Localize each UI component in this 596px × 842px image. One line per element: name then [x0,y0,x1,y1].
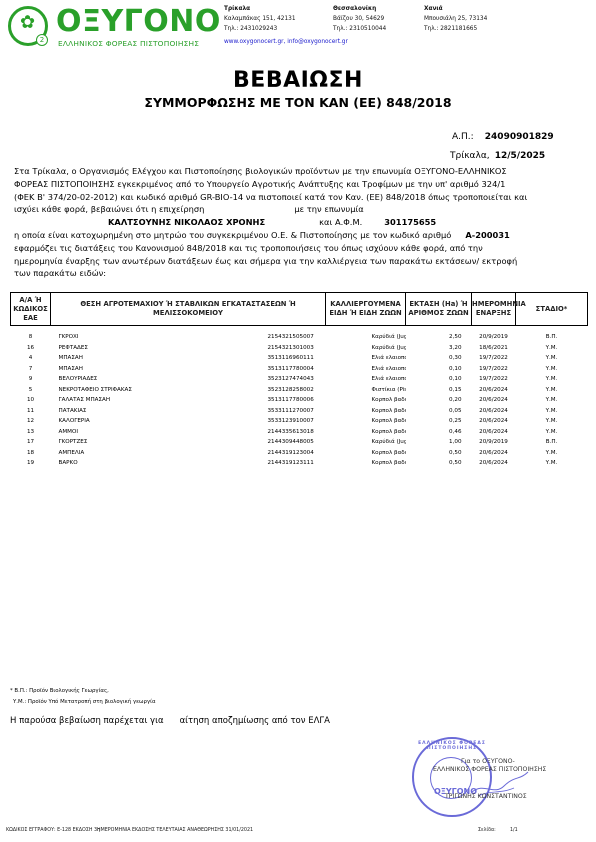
cell-parcel-code: 3513116960111 [196,353,326,364]
table-row: 9ΒΕΛΟΥΡΙΑΔΕΣ3523127474043Ελιά ελαιοπαραγ… [11,374,588,385]
cell-aa: 18 [11,448,51,459]
reference-value: 24090901829 [485,132,554,142]
cell-area: 0,15 [406,385,472,396]
cell-area: 0,10 [406,364,472,375]
cell-area: 0,10 [406,374,472,385]
paragraph-line: ημερομηνία έναρξης των ανωτέρων διατάξεω… [14,255,584,268]
cell-stage: Υ.Μ. [516,353,588,364]
reference-label: Α.Π.: [452,132,474,142]
cell-species: Καρύδιά (Juglans regia) [326,437,406,448]
header-species: ΚΑΛΛΙΕΡΓΟΥΜΕΝΑ ΕΙΔΗ Ή ΕΙΔΗ ΖΩΩΝ [326,293,406,326]
office-city: Τρίκαλα [224,4,296,14]
cell-stage: Υ.Μ. [516,416,588,427]
office-chania: Χανιά Μπουσιάλη 25, 73134 Τηλ.: 28211816… [424,4,487,34]
cell-start-date: 20/6/2024 [472,427,516,438]
office-phone: Τηλ.: 2431029243 [224,24,296,34]
paragraph-line: εφαρμόζει τις διατάξεις του Κανονισμού 8… [14,242,584,255]
cell-species: Κορπολ βαδο [326,416,406,427]
cell-species: Φιστίκια (Pistacia vera) [326,385,406,396]
cell-species: Ελιά ελαιοπαραγωγής (Olea Europea) [326,364,406,375]
company-line: ΚΑΛΤΣΟΥΝΗΣ ΝΙΚΟΛΑΟΣ ΧΡΟΝΗΣκαι Α.Φ.Μ.3011… [14,216,584,229]
cell-species: Ελιά ελαιοπαραγωγής (Olea Europea) [326,353,406,364]
table-row: 4ΜΠΑΣΑΗ3513116960111Ελιά ελαιοπαραγωγής … [11,353,588,364]
cell-start-date: 20/9/2019 [472,437,516,448]
date: 12/5/2025 [495,151,545,161]
cell-stage: Β.Π. [516,326,588,343]
table-row: 17ΓΚΟΡΤΖΕΣ2144309448005Καρύδιά (Juglans … [11,437,588,448]
cell-aa: 19 [11,458,51,469]
office-city: Θεσσαλονίκη [333,4,386,14]
cell-aa: 5 [11,385,51,396]
company-name: ΚΑΛΤΣΟΥΝΗΣ ΝΙΚΟΛΑΟΣ ΧΡΟΝΗΣ [108,217,265,227]
cell-species: Κορπολ βαδο [326,427,406,438]
table-row: 5ΝΕΚΡΟΤΑΦΕΙΟ ΣΤΡΙΦΑΚΑΣ3523128258002Φιστί… [11,385,588,396]
purpose-value: αίτηση αποζημίωσης από τον ΕΛΓΑ [180,716,330,726]
cell-stage: Υ.Μ. [516,395,588,406]
cell-start-date: 19/7/2022 [472,353,516,364]
table-row: 7ΜΠΑΣΑΗ3513117780004Ελιά ελαιοπαραγωγής … [11,364,588,375]
table-row: 12ΚΑΛΟΓΕΡΙΑ3533123910007Κορπολ βαδο0,252… [11,416,588,427]
cell-start-date: 20/6/2024 [472,448,516,459]
cell-aa: 4 [11,353,51,364]
signatory-name: ΤΡΙΓΩΝΗΣ ΚΩΝΣΤΑΝΤΙΝΟΣ [445,792,527,801]
cell-parcel-code: 2154321505007 [196,326,326,343]
header-location: ΘΕΣΗ ΑΓΡΟΤΕΜΑΧΙΟΥ Ή ΣΤΑΒΛΙΚΩΝ ΕΓΚΑΤΑΣΤΑΣ… [51,293,326,326]
logo-title: ΟΞΥΓΟΝΟ [56,6,221,38]
cell-parcel-code: 3513117780006 [196,395,326,406]
cell-location: ΓΑΛΑΤΑΣ ΜΠΑΣΑΗ [51,395,196,406]
cell-parcel-code: 3533111270007 [196,406,326,417]
office-address: Καλαμπάκας 151, 42131 [224,14,296,24]
purpose-statement: Η παρούσα βεβαίωση παρέχεται γιααίτηση α… [10,716,330,726]
paragraph-line: ΦΟΡΕΑΣ ΠΙΣΤΟΠΟΙΗΣΗΣ εγκεκριμένος από το … [14,178,584,191]
cell-parcel-code: 3523127474043 [196,374,326,385]
cell-stage: Υ.Μ. [516,458,588,469]
footer-page-label: Σελίδα: [478,828,496,833]
table-row: 18ΑΜΠΕΛΙΑ2144319123004Κορπολ βαδο0,5020/… [11,448,588,459]
office-phone: Τηλ.: 2310510044 [333,24,386,34]
table-row: 19ΒΑΡΚΟ2144319123111Κορπολ βαδο0,5020/6/… [11,458,588,469]
stage-legend: * Β.Π.: Προϊόν Βιολογικής Γεωργίας, Υ.Μ.… [10,686,156,708]
cell-location: ΡΕΦΤΑΔΕΣ [51,343,196,354]
cell-start-date: 18/6/2021 [472,343,516,354]
office-phone: Τηλ.: 2821181665 [424,24,487,34]
cell-location: ΓΚΟΡΤΖΕΣ [51,437,196,448]
reference-number: Α.Π.: 24090901829 [452,124,554,143]
footer-revision: ΗΜΕΡΟΜΗΝΙΑ ΕΚΔΟΣΗΣ ΤΕΛΕΥΤΑΙΑΣ ΑΝΑΘΕΩΡΗΣΗ… [97,828,253,833]
place: Τρίκαλα, [450,151,490,161]
afm-value: 301175655 [384,217,436,227]
company-logo: ✿ 2 ΟΞΥΓΟΝΟ ΕΛΛΗΝΙΚΟΣ ΦΟΡΕΑΣ ΠΙΣΤΟΠΟΙΗΣΗ… [8,6,218,52]
table-row: 13ΑΜΜΟΙ2144335613018Κορπολ βαδο0,4620/6/… [11,427,588,438]
cell-aa: 12 [11,416,51,427]
website-email-link[interactable]: www.oxygonocert.gr, info@oxygonocert.gr [224,39,348,45]
table-row: 16ΡΕΦΤΑΔΕΣ2154321301003Καρύδιά (Juglans … [11,343,588,354]
cell-stage: Υ.Μ. [516,343,588,354]
cell-start-date: 20/6/2024 [472,416,516,427]
cell-parcel-code: 3523128258002 [196,385,326,396]
legend-bp: * Β.Π.: Προϊόν Βιολογικής Γεωργίας, [10,686,156,697]
cell-stage: Υ.Μ. [516,364,588,375]
cell-area: 0,20 [406,395,472,406]
office-thessaloniki: Θεσσαλονίκη Βάϊζου 30, 54629 Τηλ.: 23105… [333,4,386,34]
cell-start-date: 20/6/2024 [472,458,516,469]
header-aa: Α/Α Ή ΚΩΔΙΚΟΣ ΕΑΕ [11,293,51,326]
cell-stage: Υ.Μ. [516,448,588,459]
cell-aa: 10 [11,395,51,406]
cell-aa: 17 [11,437,51,448]
table-row: 11ΠΑΤΑΚΙΑΣ3533111270007Κορπολ βαδο0,0520… [11,406,588,417]
cell-species: Κορπολ βαδο [326,458,406,469]
cell-parcel-code: 3513117780004 [196,364,326,375]
cell-location: ΒΑΡΚΟ [51,458,196,469]
office-city: Χανιά [424,4,487,14]
cell-start-date: 20/6/2024 [472,406,516,417]
office-address: Μπουσιάλη 25, 73134 [424,14,487,24]
cell-start-date: 19/7/2022 [472,364,516,375]
cell-parcel-code: 2144319123111 [196,458,326,469]
cell-parcel-code: 3533123910007 [196,416,326,427]
cell-area: 0,50 [406,458,472,469]
cell-area: 3,20 [406,343,472,354]
footer-doc-code: ΚΩΔΙΚΟΣ ΕΓΓΡΑΦΟΥ: Ε-128 ΕΚΔΟΣΗ 3η [6,828,100,833]
header-stage: ΣΤΑΔΙΟ* [516,293,588,326]
paragraph-line: ισχύει κάθε φορά, βεβαιώνει ότι η επιχεί… [14,203,584,216]
cell-parcel-code: 2154321301003 [196,343,326,354]
cell-area: 0,25 [406,416,472,427]
footer-page-number: 1/1 [510,828,518,833]
cell-location: ΠΑΤΑΚΙΑΣ [51,406,196,417]
cell-aa: 16 [11,343,51,354]
legend-ym: Υ.Μ.: Προϊόν Υπό Μετατροπή στη βιολογική… [10,697,156,708]
cell-location: ΑΜΜΟΙ [51,427,196,438]
cell-stage: Υ.Μ. [516,385,588,396]
cell-start-date: 20/6/2024 [472,395,516,406]
cell-start-date: 19/7/2022 [472,374,516,385]
cell-parcel-code: 2144319123004 [196,448,326,459]
cell-location: ΚΑΛΟΓΕΡΙΑ [51,416,196,427]
certificate-paragraph: Στα Τρίκαλα, ο Οργανισμός Ελέγχου και Πι… [14,165,584,280]
cell-area: 2,50 [406,326,472,343]
signature-line2: ΕΛΛΗΝΙΚΟΣ ΦΟΡΕΑΣ ΠΙΣΤΟΠΟΙΗΣΗΣ [433,765,546,774]
cell-location: ΝΕΚΡΟΤΑΦΕΙΟ ΣΤΡΙΦΑΚΑΣ [51,385,196,396]
header-start-date: ΗΜΕΡΟΜΗΝΙΑ ΕΝΑΡΞΗΣ [472,293,516,326]
paragraph-line: των παρακάτω ειδών: [14,267,584,280]
cell-parcel-code: 2144335613018 [196,427,326,438]
cell-stage: Υ.Μ. [516,406,588,417]
tree-leaf-icon: ✿ [20,14,35,32]
afm-label: και Α.Φ.Μ. [319,217,362,227]
purpose-prefix: Η παρούσα βεβαίωση παρέχεται για [10,716,164,726]
cell-species: Κορπολ βαδο [326,395,406,406]
cell-species: Κορπολ βαδο [326,406,406,417]
cell-stage: Υ.Μ. [516,427,588,438]
cell-start-date: 20/6/2024 [472,385,516,396]
table-row: 8ΓΚΡΟΧΙ2154321505007Καρύδιά (Juglans reg… [11,326,588,343]
office-address: Βάϊζου 30, 54629 [333,14,386,24]
producer-code: Α-200031 [465,230,510,240]
table-row: 10ΓΑΛΑΤΑΣ ΜΠΑΣΑΗ3513117780006Κορπολ βαδο… [11,395,588,406]
cell-area: 0,46 [406,427,472,438]
cell-stage: Υ.Μ. [516,374,588,385]
cell-area: 0,05 [406,406,472,417]
cell-start-date: 20/9/2019 [472,326,516,343]
cell-aa: 7 [11,364,51,375]
cell-aa: 13 [11,427,51,438]
document-subtitle: ΣΥΜΜΟΡΦΩΣΗΣ ΜΕ ΤΟΝ ΚΑΝ (ΕΕ) 848/2018 [0,95,596,110]
office-trikala: Τρίκαλα Καλαμπάκας 151, 42131 Τηλ.: 2431… [224,4,296,34]
paragraph-text: ισχύει κάθε φορά, βεβαιώνει ότι η επιχεί… [14,204,204,214]
cell-aa: 8 [11,326,51,343]
paragraph-line: Στα Τρίκαλα, ο Οργανισμός Ελέγχου και Πι… [14,165,584,178]
document-title: ΒΕΒΑΙΩΣΗ [0,68,596,93]
cell-location: ΓΚΡΟΧΙ [51,326,196,343]
cell-species: Καρύδιά (Juglans regia) [326,326,406,343]
cell-location: ΜΠΑΣΑΗ [51,364,196,375]
paragraph-line: η οποία είναι κατοχωρημένη στο μητρώο το… [14,229,584,242]
paragraph-text: η οποία είναι κατοχωρημένη στο μητρώο το… [14,230,451,240]
cell-area: 0,30 [406,353,472,364]
paragraph-text: με την επωνυμία [294,204,363,214]
stamp-ring-text: ΕΛΛΗΝΙΚΟΣ ΦΟΡΕΑΣ ΠΙΣΤΟΠΟΙΗΣΗΣ [414,741,490,751]
cell-location: ΑΜΠΕΛΙΑ [51,448,196,459]
cell-stage: Β.Π. [516,437,588,448]
cell-aa: 11 [11,406,51,417]
cell-species: Καρύδιά (Juglans regia) [326,343,406,354]
cell-parcel-code: 2144309448005 [196,437,326,448]
paragraph-line: (ΦΕΚ Β' 374/20-02-2012) και κωδικό αριθμ… [14,191,584,204]
logo-badge: 2 [36,34,48,46]
cell-species: Κορπολ βαδο [326,448,406,459]
parcels-table: Α/Α Ή ΚΩΔΙΚΟΣ ΕΑΕ ΘΕΣΗ ΑΓΡΟΤΕΜΑΧΙΟΥ Ή ΣΤ… [10,292,587,469]
cell-area: 0,50 [406,448,472,459]
cell-species: Ελιά ελαιοπαραγωγής (Olea Europea) [326,374,406,385]
cell-location: ΜΠΑΣΑΗ [51,353,196,364]
place-date: Τρίκαλα, 12/5/2025 [450,143,545,162]
cell-area: 1,00 [406,437,472,448]
logo-subtitle: ΕΛΛΗΝΙΚΟΣ ΦΟΡΕΑΣ ΠΙΣΤΟΠΟΙΗΣΗΣ [58,39,199,48]
cell-location: ΒΕΛΟΥΡΙΑΔΕΣ [51,374,196,385]
header-area: ΕΚΤΑΣΗ (Ha) Ή ΑΡΙΘΜΟΣ ΖΩΩΝ [406,293,472,326]
cell-aa: 9 [11,374,51,385]
